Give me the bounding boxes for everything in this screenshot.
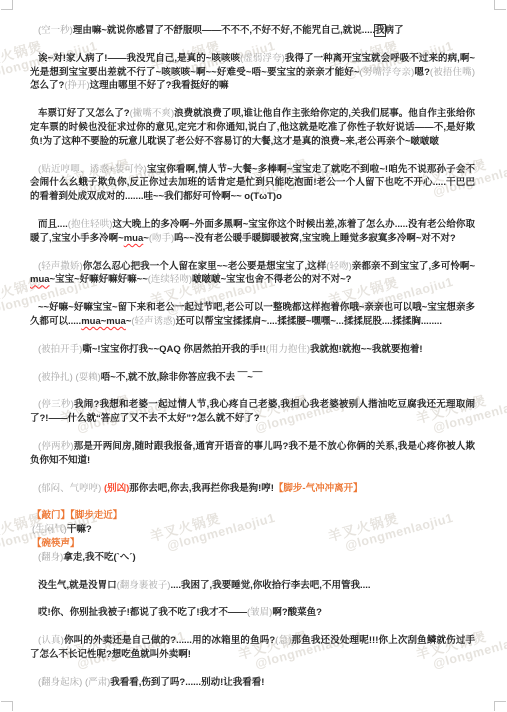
stage-direction: (停三秒) xyxy=(38,399,74,410)
dialogue-text: 而且.... xyxy=(38,219,68,230)
script-paragraph: 诶~对!家人病了!——我没咒自己,是真的~咳咳咳(虚弱浮夸)我得了一种离开宝宝就… xyxy=(30,52,475,93)
script-paragraph: (翻身起床) (严肃)我看看,伤到了吗?......别动!让我看看! xyxy=(30,676,475,690)
dialogue-text: 你叫的外卖还是自己做的?......用的冰箱里的鱼吗? xyxy=(64,635,275,646)
stage-direction: (吻手) xyxy=(149,233,174,244)
stage-direction: (轻吻) xyxy=(326,261,352,272)
page-corner-mark xyxy=(1,0,13,10)
dialogue-text: 那是开两间房,随时跟我报备,通宵开语音的事儿吗?我不是不放心你俩的关系,我是心疼… xyxy=(30,441,475,466)
dialogue-text: 我闹?我想和老婆一起过情人节,我心疼自己老婆,我担心我老婆被别人揩油吃豆腐我还无… xyxy=(30,399,475,424)
dialogue-text: 唔~不,就不放,除非你答应我不去 ￣~￣ xyxy=(101,372,263,383)
dialogue-text: 嗯? xyxy=(414,67,430,78)
dialogue-text: 我看看,伤到了吗?......别动!让我看看! xyxy=(110,677,264,688)
stage-direction: (贴近哼唧、诱惑+装可怜) xyxy=(38,164,147,175)
dialogue-text: 理由嘛~就说你感冒了不舒服呗——不不不,不好不好,不能咒自己,就说..... xyxy=(73,25,375,36)
page-corner-mark xyxy=(494,0,506,10)
note-marker: (别凶) xyxy=(104,483,129,494)
dialogue-text: 啵啵啵~宝宝也舍不得老公的对不对~? xyxy=(192,274,351,285)
dialogue-text: 没生气,就是没胃口 xyxy=(38,580,117,591)
stage-direction: (被拍开手) xyxy=(38,344,82,355)
spellcheck-word: mua xyxy=(30,274,50,285)
stage-direction: (被捂住嘴) xyxy=(430,67,475,78)
script-paragraph: (被拍开手)嘶~!宝宝你打我~~QAQ 你居然拍开我的手!!(用力抱住)我就抱!… xyxy=(30,343,475,357)
stage-direction: (急) xyxy=(275,635,291,646)
stage-direction: (翻身裹被子) xyxy=(117,580,171,591)
dialogue-text: 还可以帮宝宝揉揉肩~....揉揉腰~嘿嘿~...揉揉屁股....揉揉胸.....… xyxy=(176,316,442,327)
stage-direction: (翻身) xyxy=(38,552,63,563)
script-paragraph: (贴近哼唧、诱惑+装可怜)宝宝你看啊,情人节~大餐~多棒啊~宝宝走了就吃不到啦~… xyxy=(30,163,475,204)
stage-direction: (耍赖) xyxy=(75,372,100,383)
dialogue-text: ~宝宝~好嘛好嘛好嘛~~ xyxy=(50,274,148,285)
script-paragraph: (空一秒)理由嘛~就说你感冒了不舒服呗——不不不,不好不好,不能咒自己,就说..… xyxy=(30,24,475,38)
document-page: { "watermark": { "line1": "羊叉火锅煲", "line… xyxy=(0,0,507,712)
stage-direction: (轻声撒娇) xyxy=(38,261,83,272)
stage-direction: (虚弱浮夸) xyxy=(240,53,285,64)
dialogue-text: 这理由哪里不好了?我看挺好的嘛 xyxy=(90,80,229,91)
stage-direction: (努嘴浮夸亲) xyxy=(359,67,414,78)
dialogue-text: 我就抱!就抱~~我就要抱着! xyxy=(310,344,422,355)
dialogue-text: ....我困了,我要睡觉,你收拾行李去吧,不用管我.... xyxy=(170,580,370,591)
sound-effect-marker: 【碗筷声】 xyxy=(32,538,80,549)
script-paragraph: (停三秒)我闹?我想和老婆一起过情人节,我心疼自己老婆,我担心我老婆被别人揩油吃… xyxy=(30,398,475,426)
stage-direction: (停两秒) xyxy=(38,441,74,452)
script-paragraph: 没生气,就是没胃口(翻身裹被子)....我困了,我要睡觉,你收拾行李去吧,不用管… xyxy=(30,579,475,593)
stage-direction: (连续轻吻) xyxy=(148,274,192,285)
stage-direction: (抱住轻哄) xyxy=(68,219,113,230)
script-paragraph: (认真)你叫的外卖还是自己做的?......用的冰箱里的鱼吗?(急)那鱼我还没处… xyxy=(30,634,475,662)
script-paragraph: 【敲门】【脚步走近】 xyxy=(30,509,475,523)
stage-direction: (挣开) xyxy=(64,80,89,91)
stage-direction: (撇嘴不爽) xyxy=(130,108,175,119)
script-paragraph: 哎!你、你别扯我被子!都说了我不吃了!我才不——(皱眉)啊?酸菜鱼? xyxy=(30,606,475,620)
spellcheck-word: mua xyxy=(124,233,144,244)
dialogue-text: 你怎么忍心把我一个人留在家里~~老公要是想宝宝了,这样 xyxy=(83,261,327,272)
script-paragraph: (生闷气)干嘛? xyxy=(30,523,475,537)
stage-direction: (翻身起床) xyxy=(38,677,82,688)
dialogue-text: 诶~对!家人病了!——我没咒自己,是真的~咳咳咳 xyxy=(38,53,240,64)
script-body: (空一秒)理由嘛~就说你感冒了不舒服呗——不不不,不好不好,不能咒自己,就说..… xyxy=(30,24,475,704)
script-paragraph: (被挣扎) (耍赖)唔~不,就不放,除非你答应我不去 ￣~￣ xyxy=(30,371,475,385)
stage-direction: (认真) xyxy=(38,635,64,646)
dialogue-text: 亲都亲不到宝宝了,多可怜啊~ xyxy=(352,261,475,272)
dialogue-text: 哎!你、你别扯我被子!都说了我不吃了!我才不—— xyxy=(38,607,247,618)
stage-direction: (空一秒) xyxy=(38,25,73,36)
dialogue-text: 拿走,我不吃(`へ´) xyxy=(63,552,135,563)
stage-direction: (郁闷、气哼哼) xyxy=(38,483,101,494)
sound-effect-marker: 【脚步-气冲冲离开】 xyxy=(274,483,363,494)
stage-direction: (严肃) xyxy=(85,677,110,688)
sound-effect-marker: 【敲门】【脚步走近】 xyxy=(32,510,122,521)
boxed-character: 我 xyxy=(375,25,385,36)
script-paragraph: (郁闷、气哼哼) (别凶)那你去吧,你去,我再拦你我是狗!哼!【脚步-气冲冲离开… xyxy=(30,482,475,496)
dialogue-text: 车票订好了又怎么了? xyxy=(38,108,130,119)
stage-direction: (轻声诱惑) xyxy=(131,316,175,327)
dialogue-text: 那你去吧,你去,我再拦你我是狗!哼! xyxy=(129,483,274,494)
stage-direction: (皱眉) xyxy=(247,607,272,618)
stage-direction: (生闷气) xyxy=(32,524,67,535)
script-paragraph: (停两秒)那是开两间房,随时跟我报备,通宵开语音的事儿吗?我不是不放心你俩的关系… xyxy=(30,440,475,468)
page-corner-mark xyxy=(494,701,506,711)
script-paragraph: (翻身)拿走,我不吃(`へ´) xyxy=(30,551,475,565)
script-paragraph: 而且....(抱住轻哄)这大晚上的多冷啊~外面多黑啊~宝宝你这个时候出差,冻着了… xyxy=(30,218,475,246)
dialogue-text: 呜~~没有老公暖手暖脚暖被窝,宝宝晚上睡觉多寂寞多冷啊~对不对? xyxy=(174,233,456,244)
script-paragraph: ~~好嘛~好嘛宝宝~留下来和老公一起过节吧,老公可以一整晚都这样抱着你哦~亲亲也… xyxy=(30,301,475,329)
script-paragraph: 车票订好了又怎么了?(撇嘴不爽)浪费就浪费了呗,谁让他自作主张给你定的,关我们屁… xyxy=(30,107,475,148)
dialogue-text: 病了 xyxy=(385,25,404,36)
script-paragraph: (轻声撒娇)你怎么忍心把我一个人留在家里~~老公要是想宝宝了,这样(轻吻)亲都亲… xyxy=(30,260,475,288)
dialogue-text: 啊?酸菜鱼? xyxy=(272,607,322,618)
dialogue-text: 干嘛? xyxy=(67,524,92,535)
spellcheck-word: mua~mua xyxy=(81,316,126,327)
stage-direction: (被挣扎) xyxy=(38,372,73,383)
script-paragraph: 【碗筷声】 xyxy=(30,537,475,551)
dialogue-text: 嘶~!宝宝你打我~~QAQ 你居然拍开我的手!! xyxy=(82,344,265,355)
page-corner-mark xyxy=(1,701,13,711)
stage-direction: (用力抱住) xyxy=(266,344,310,355)
dialogue-text: 怎么了? xyxy=(30,80,64,91)
